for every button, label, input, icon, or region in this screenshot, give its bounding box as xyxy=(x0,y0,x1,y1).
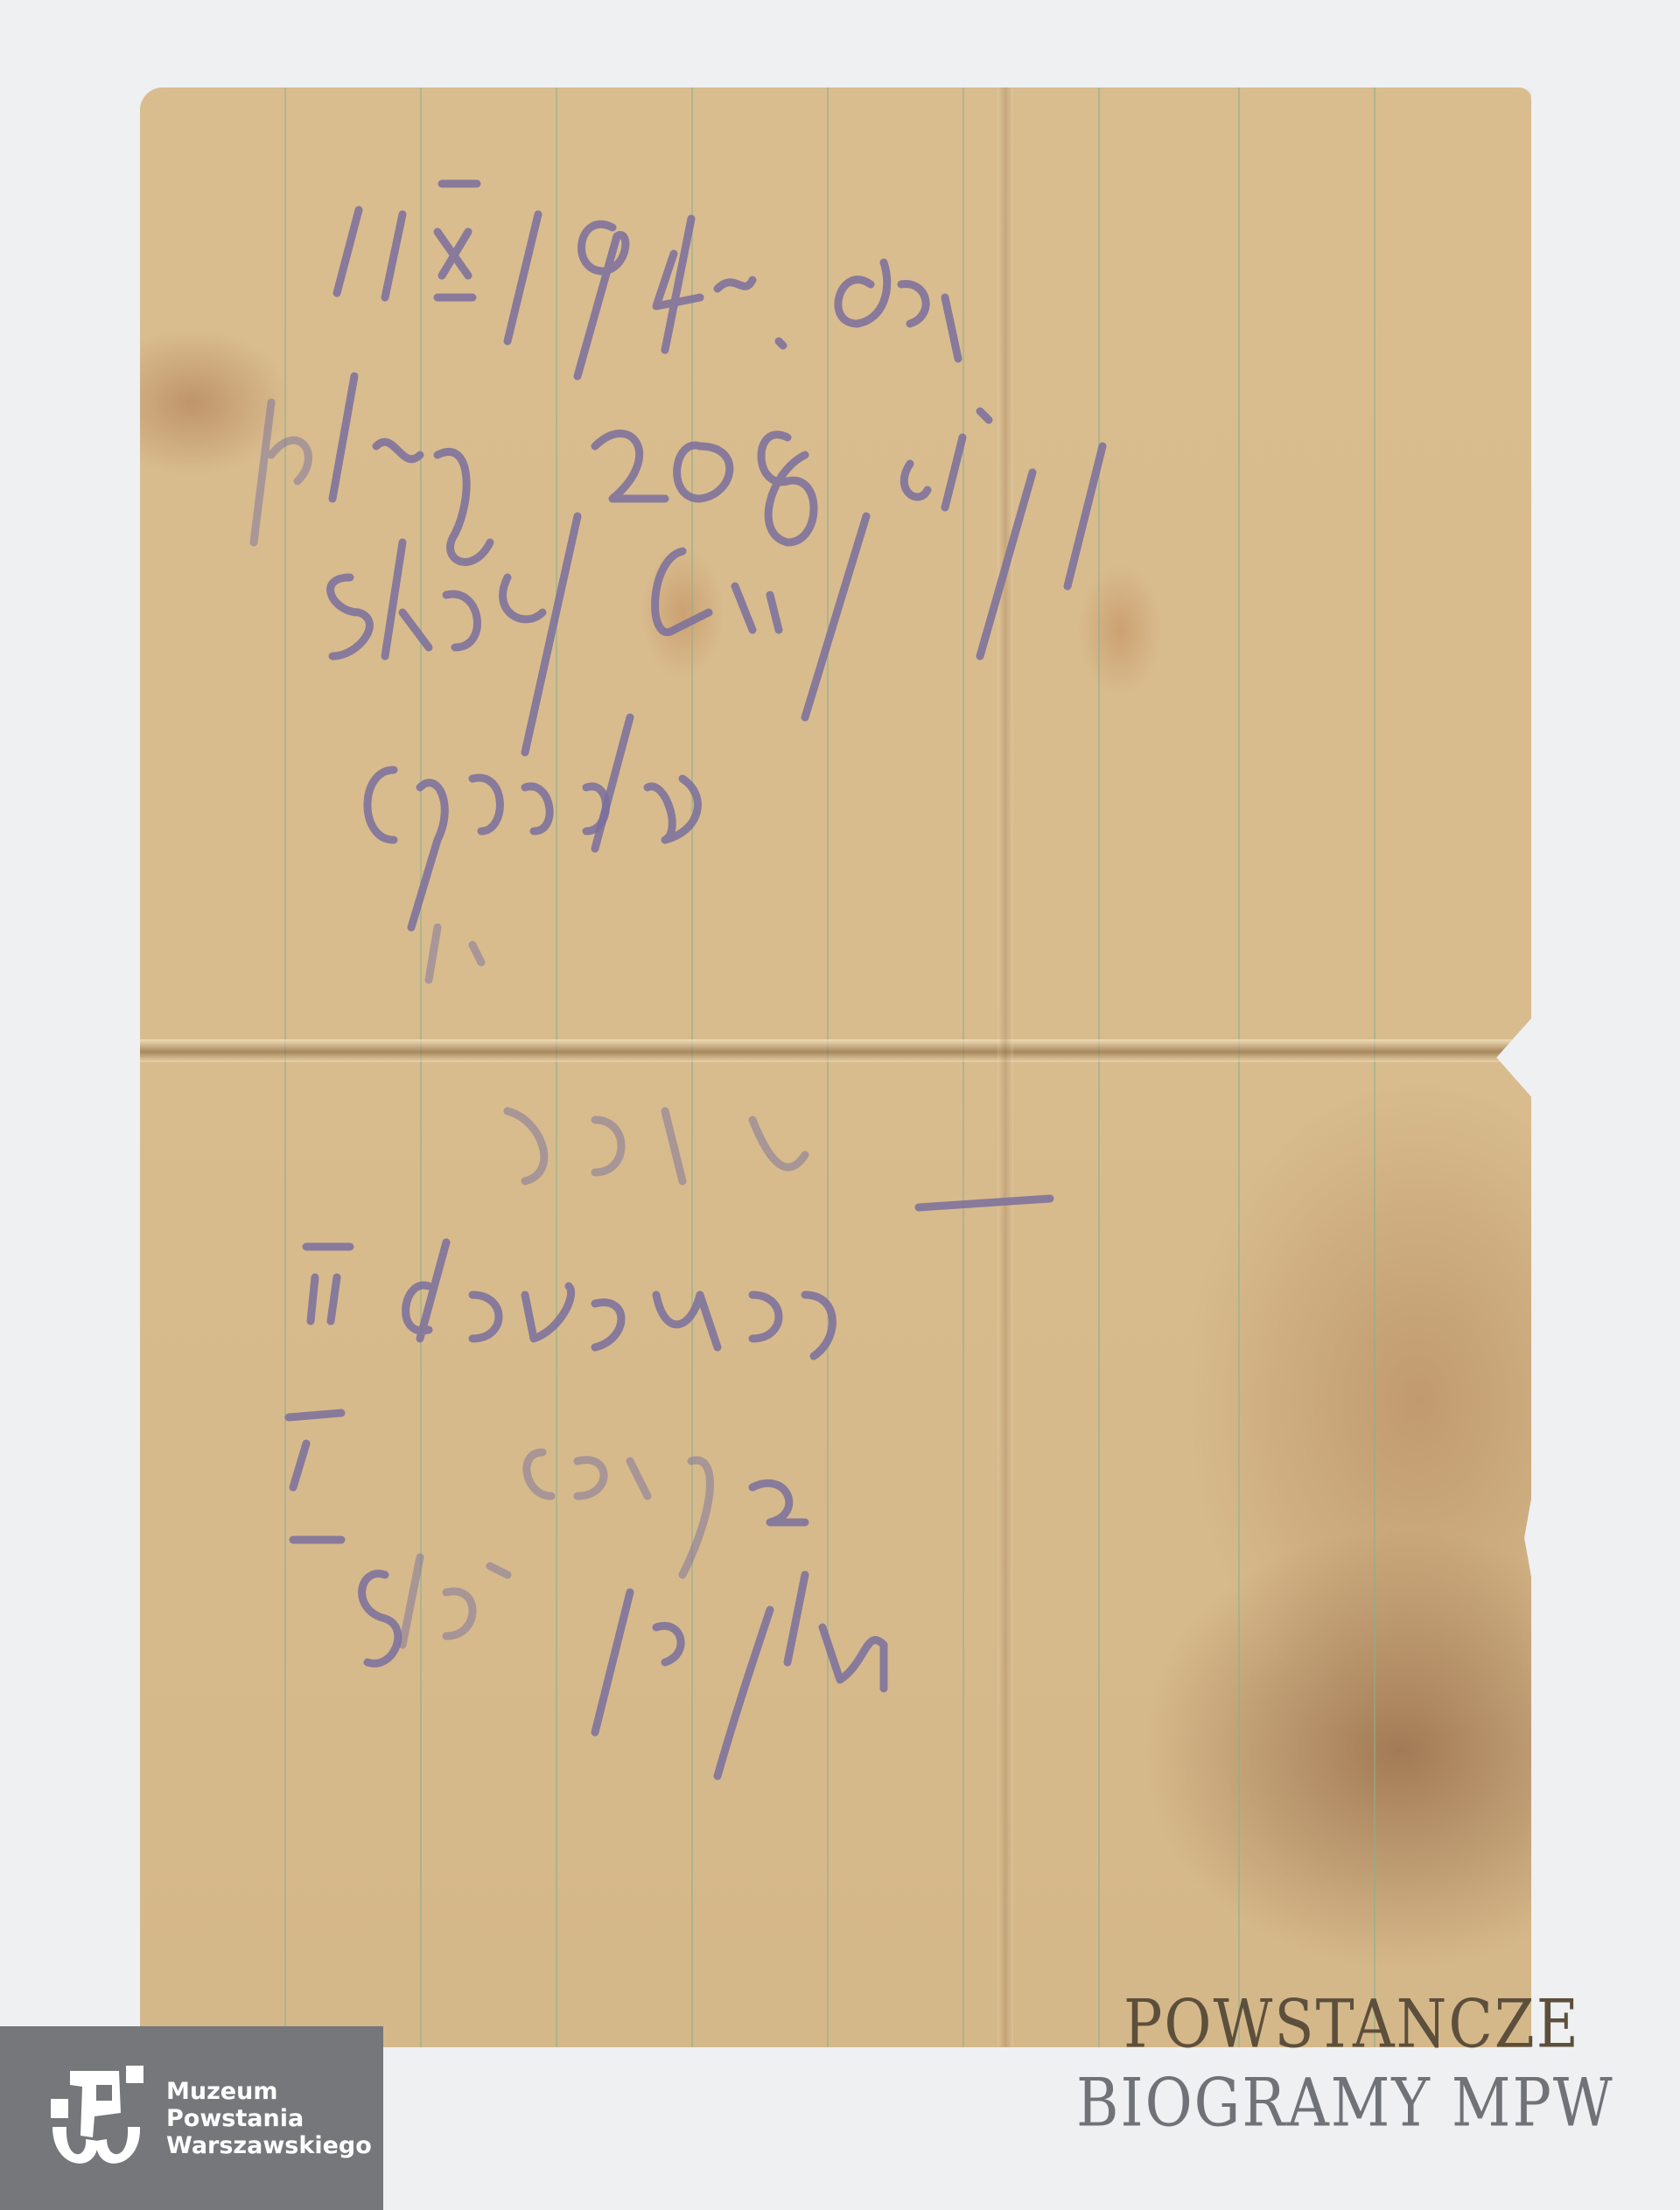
museum-logo-badge: Muzeum Powstania Warszawskiego xyxy=(0,2026,383,2210)
kotwica-anchor-icon xyxy=(51,2066,147,2171)
watermark: POWSTANCZE BIOGRAMY MPW xyxy=(1076,1984,1614,2133)
museum-name-line: Powstania xyxy=(166,2105,372,2132)
watermark-line-1: POWSTANCZE xyxy=(1123,1984,1614,2065)
handwriting-strokes xyxy=(140,87,1531,2047)
watermark-line-2: BIOGRAMY MPW xyxy=(1076,2063,1614,2144)
museum-name-line: Warszawskiego xyxy=(166,2132,372,2159)
museum-name: Muzeum Powstania Warszawskiego xyxy=(166,2078,372,2159)
scan-viewer: Muzeum Powstania Warszawskiego POWSTANCZ… xyxy=(0,0,1680,2210)
museum-name-line: Muzeum xyxy=(166,2078,372,2105)
